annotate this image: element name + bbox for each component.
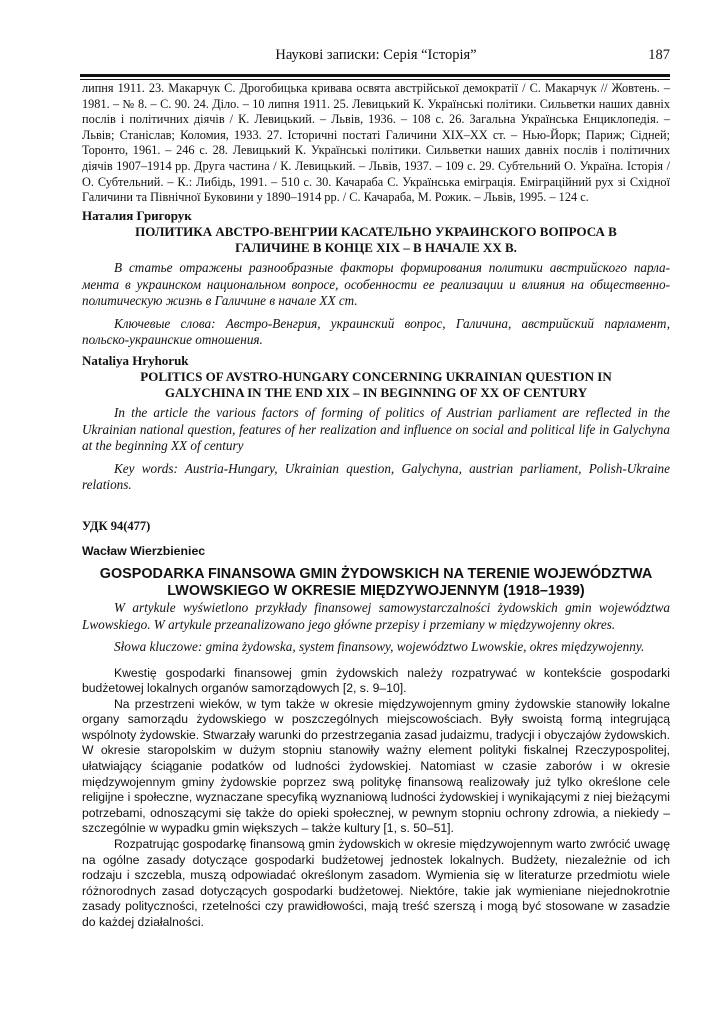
udc-code: УДК 94(477) bbox=[82, 519, 670, 534]
article-paragraph: Na przestrzeni wieków, w tym także w okr… bbox=[82, 697, 670, 837]
summary-keywords-en: Key words: Austria-Hungary, Ukrainian qu… bbox=[82, 461, 670, 494]
page-number: 187 bbox=[648, 47, 670, 64]
summary-keywords-ru: Ключевые слова: Австро-Венгрия, украинск… bbox=[82, 316, 670, 349]
references-continued: липня 1911. 23. Макарчук С. Дрогобицька … bbox=[82, 81, 670, 206]
russian-summary: Наталия Григорук ПОЛИТИКА АВСТРО-ВЕНГРИИ… bbox=[82, 208, 670, 349]
article-keywords: Słowa kluczowe: gmina żydowska, system f… bbox=[82, 639, 670, 656]
article-title: GOSPODARKA FINANSOWA GMIN ŻYDOWSKICH NA … bbox=[82, 566, 670, 600]
summary-abstract-en: In the article the various factors of fo… bbox=[82, 405, 670, 455]
article: УДК 94(477) Wacław Wierzbieniec GOSPODAR… bbox=[82, 519, 670, 931]
summary-title-ru: ПОЛИТИКА АВСТРО-ВЕНГРИИ КАСАТЕЛЬНО УКРАИ… bbox=[82, 224, 670, 256]
summary-author-ru: Наталия Григорук bbox=[82, 208, 670, 224]
running-header: Наукові записки: Серія “Історія” 187 bbox=[82, 47, 670, 67]
article-paragraph: Kwestię gospodarki finansowej gmin żydow… bbox=[82, 666, 670, 697]
header-rule bbox=[80, 74, 670, 80]
article-abstract: W artykule wyświetlono przykłady finanso… bbox=[82, 600, 670, 633]
article-author: Wacław Wierzbieniec bbox=[82, 544, 670, 558]
article-paragraph: Rozpatrując gospodarkę finansową gmin ży… bbox=[82, 837, 670, 931]
running-title: Наукові записки: Серія “Історія” bbox=[82, 47, 670, 64]
english-summary: Nataliya Hryhoruk POLITICS OF AVSTRO-HUN… bbox=[82, 353, 670, 494]
summary-author-en: Nataliya Hryhoruk bbox=[82, 353, 670, 369]
summary-abstract-ru: В статье отражены разнообразные факторы … bbox=[82, 260, 670, 310]
summary-title-en: POLITICS OF AVSTRO-HUNGARY CONCERNING UK… bbox=[82, 369, 670, 401]
